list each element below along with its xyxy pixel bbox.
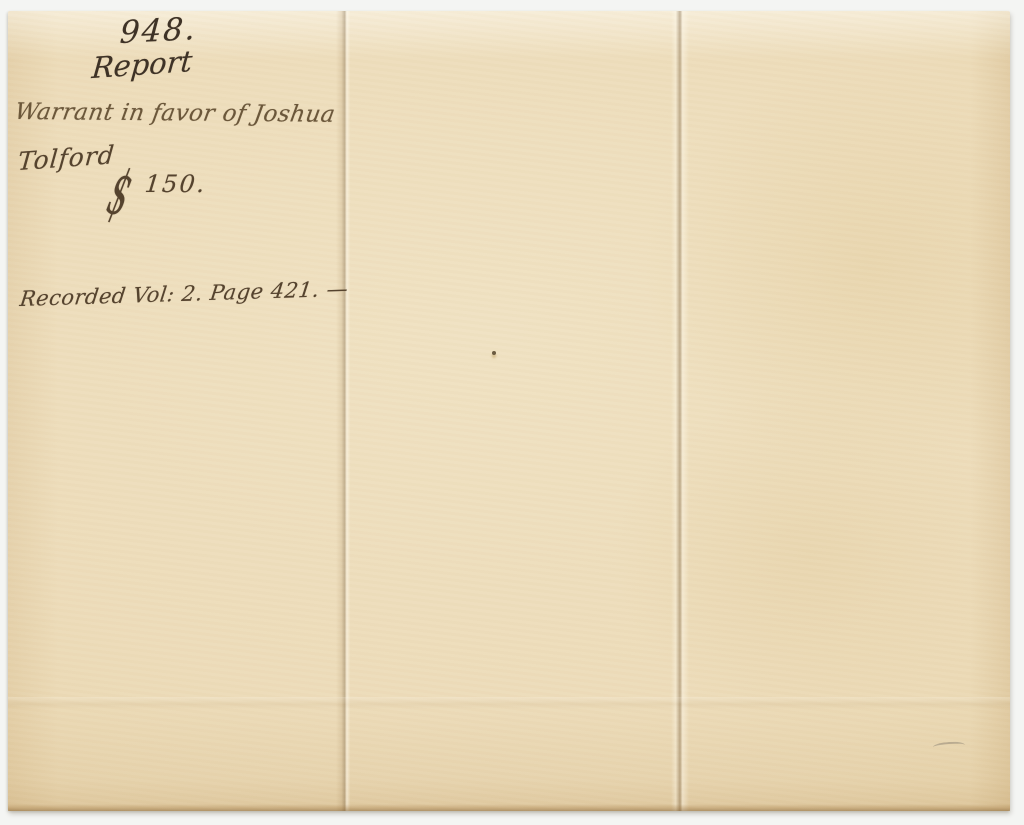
- payee-name: Tolford: [17, 140, 116, 176]
- amount: $ 150.: [110, 159, 206, 194]
- doc-type-label: Report: [90, 44, 193, 85]
- ink-speck: [492, 351, 496, 355]
- fold-crease-left: [336, 11, 354, 811]
- pencil-mark: [933, 741, 965, 751]
- recording-note: Recorded Vol: 2. Page 421. —: [18, 277, 349, 311]
- warrant-line: Warrant in favor of Joshua: [13, 99, 337, 128]
- fold-crease-right: [671, 11, 689, 811]
- amount-value: 150.: [143, 170, 207, 198]
- document-paper: 948. Report Warrant in favor of Joshua T…: [8, 11, 1010, 811]
- horizontal-crease: [8, 697, 1010, 709]
- paper-bottom-edge: [8, 804, 1010, 811]
